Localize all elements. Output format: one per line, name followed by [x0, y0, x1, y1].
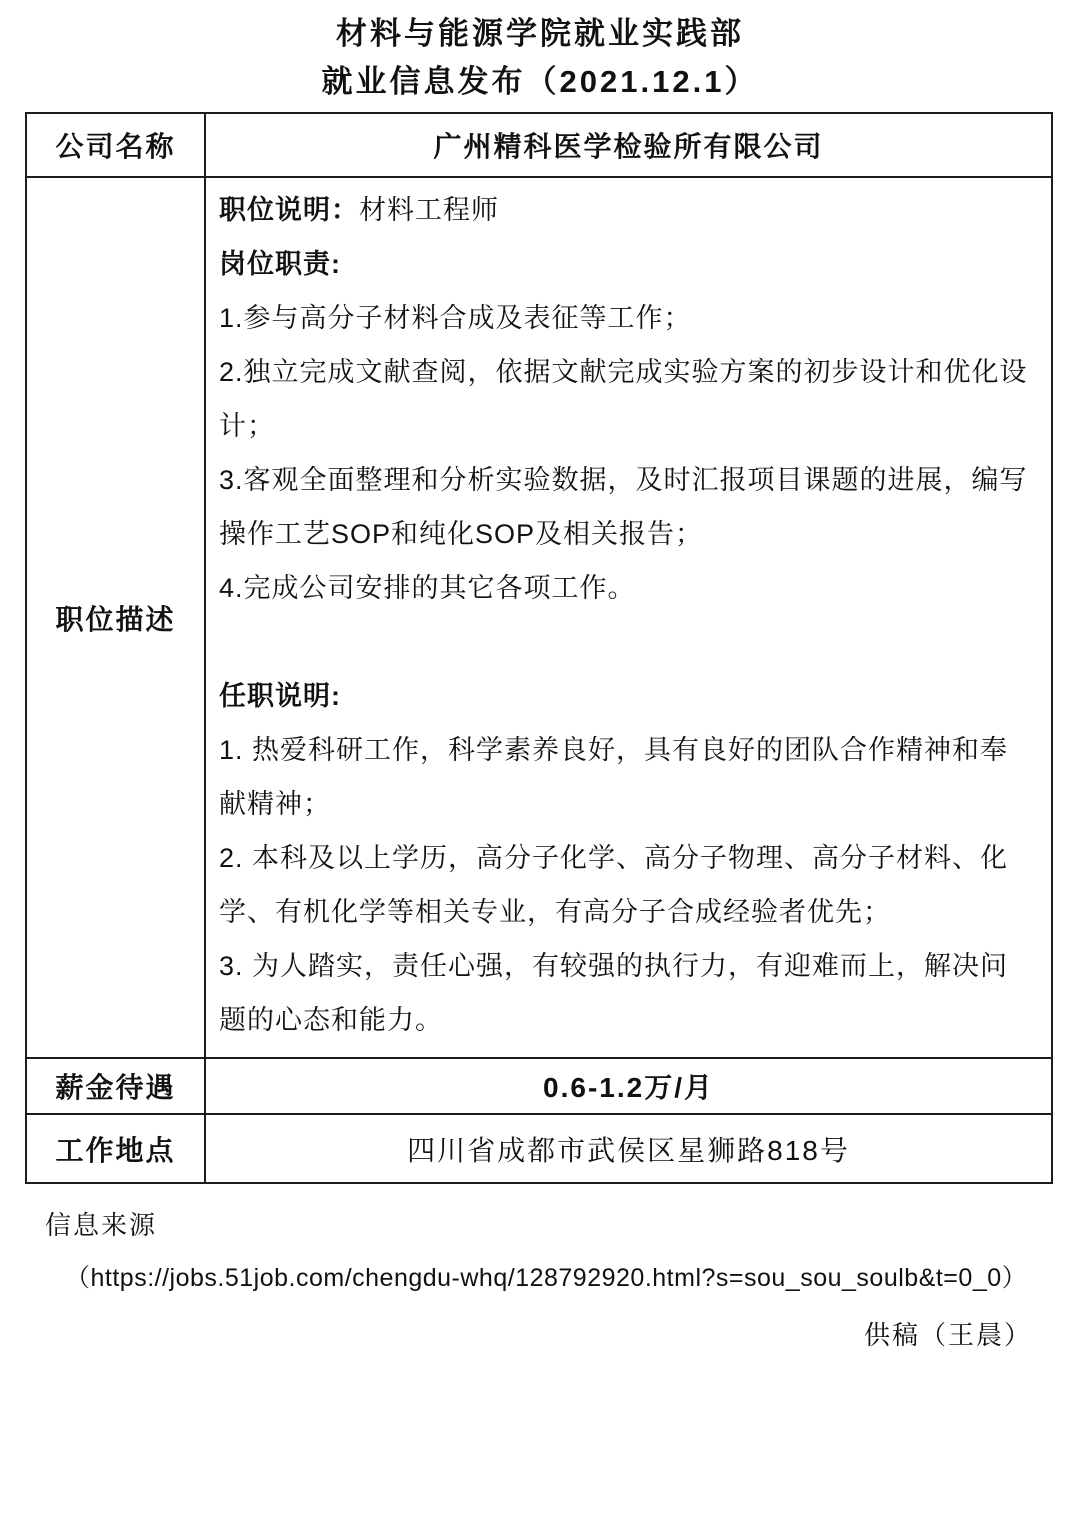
document-subtitle: 就业信息发布（2021.12.1）	[0, 58, 1080, 106]
requirement-item-2: 2. 本科及以上学历，高分子化学、高分子物理、高分子材料、化学、有机化学等相关专…	[219, 831, 1035, 939]
document-footer: 信息来源 （https://jobs.51job.com/chengdu-whq…	[45, 1204, 1032, 1356]
position-title-value: 材料工程师	[359, 195, 499, 225]
location-label: 工作地点	[26, 1114, 205, 1183]
job-description-label: 职位描述	[26, 177, 205, 1058]
company-name-label: 公司名称	[26, 113, 205, 177]
source-label: 信息来源	[45, 1204, 1032, 1246]
position-title-label: 职位说明：	[219, 195, 359, 225]
table-row-location: 工作地点 四川省成都市武侯区星狮路818号	[26, 1114, 1052, 1183]
duties-heading: 岗位职责:	[219, 237, 1035, 291]
duty-item-3: 3.客观全面整理和分析实验数据，及时汇报项目课题的进展，编写操作工艺SOP和纯化…	[219, 453, 1035, 561]
job-description-content: 职位说明：材料工程师 岗位职责: 1.参与高分子材料合成及表征等工作； 2.独立…	[205, 177, 1052, 1058]
duty-item-2: 2.独立完成文献查阅，依据文献完成实验方案的初步设计和优化设计；	[219, 345, 1035, 453]
position-title-line: 职位说明：材料工程师	[219, 183, 1035, 237]
job-info-table: 公司名称 广州精科医学检验所有限公司 职位描述 职位说明：材料工程师 岗位职责:…	[25, 112, 1053, 1184]
table-row-salary: 薪金待遇 0.6-1.2万/月	[26, 1058, 1052, 1114]
document-page: 材料与能源学院就业实践部 就业信息发布（2021.12.1） 公司名称 广州精科…	[0, 0, 1080, 1531]
contributor-credit: 供稿（王晨）	[45, 1314, 1032, 1356]
requirement-item-3: 3. 为人踏实，责任心强，有较强的执行力，有迎难而上，解决问题的心态和能力。	[219, 939, 1035, 1047]
salary-value: 0.6-1.2万/月	[205, 1058, 1052, 1114]
duty-item-4: 4.完成公司安排的其它各项工作。	[219, 561, 1035, 615]
salary-label: 薪金待遇	[26, 1058, 205, 1114]
requirement-item-1: 1. 热爱科研工作，科学素养良好，具有良好的团队合作精神和奉献精神；	[219, 723, 1035, 831]
source-url: （https://jobs.51job.com/chengdu-whq/1287…	[45, 1258, 1032, 1298]
company-name-value: 广州精科医学检验所有限公司	[205, 113, 1052, 177]
table-row-job-description: 职位描述 职位说明：材料工程师 岗位职责: 1.参与高分子材料合成及表征等工作；…	[26, 177, 1052, 1058]
duty-item-1: 1.参与高分子材料合成及表征等工作；	[219, 291, 1035, 345]
document-header: 材料与能源学院就业实践部 就业信息发布（2021.12.1）	[0, 0, 1080, 106]
document-title: 材料与能源学院就业实践部	[0, 10, 1080, 58]
location-value: 四川省成都市武侯区星狮路818号	[205, 1114, 1052, 1183]
requirements-heading: 任职说明:	[219, 669, 1035, 723]
table-row-company: 公司名称 广州精科医学检验所有限公司	[26, 113, 1052, 177]
